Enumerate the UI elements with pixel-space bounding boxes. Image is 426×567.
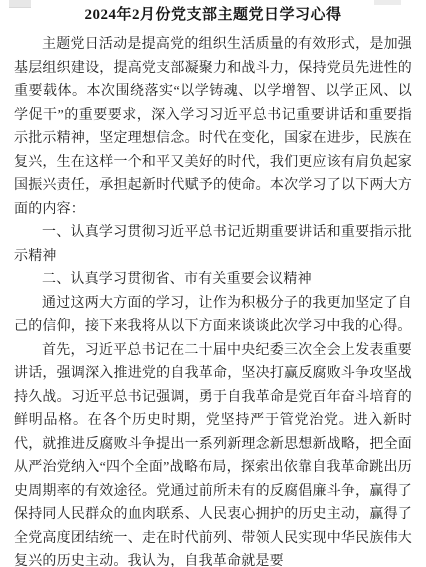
paragraph-heading-two: 二、认真学习贯彻省、市有关重要会议精神 [14, 268, 412, 292]
paragraph-transition: 通过这两大方面的学习，让作为积极分子的我更加坚定了自己的信仰，接下来我将从以下方… [14, 292, 412, 339]
document-page: 2024年2月份党支部主题党日学习心得 主题党日活动是提高党的组织生活质量的有效… [0, 0, 426, 567]
document-title: 2024年2月份党支部主题党日学习心得 [14, 4, 412, 26]
paragraph-heading-one: 一、认真学习贯彻习近平总书记近期重要讲话和重要指示批示精神 [14, 221, 412, 268]
paragraph-body-first: 首先，习近平总书记在二十届中央纪委三次全会上发表重要讲话，强调深入推进党的自我革… [14, 339, 412, 567]
paragraph-intro: 主题党日活动是提高党的组织生活质量的有效形式，是加强基层组织建设，提高党支部凝聚… [14, 33, 412, 221]
